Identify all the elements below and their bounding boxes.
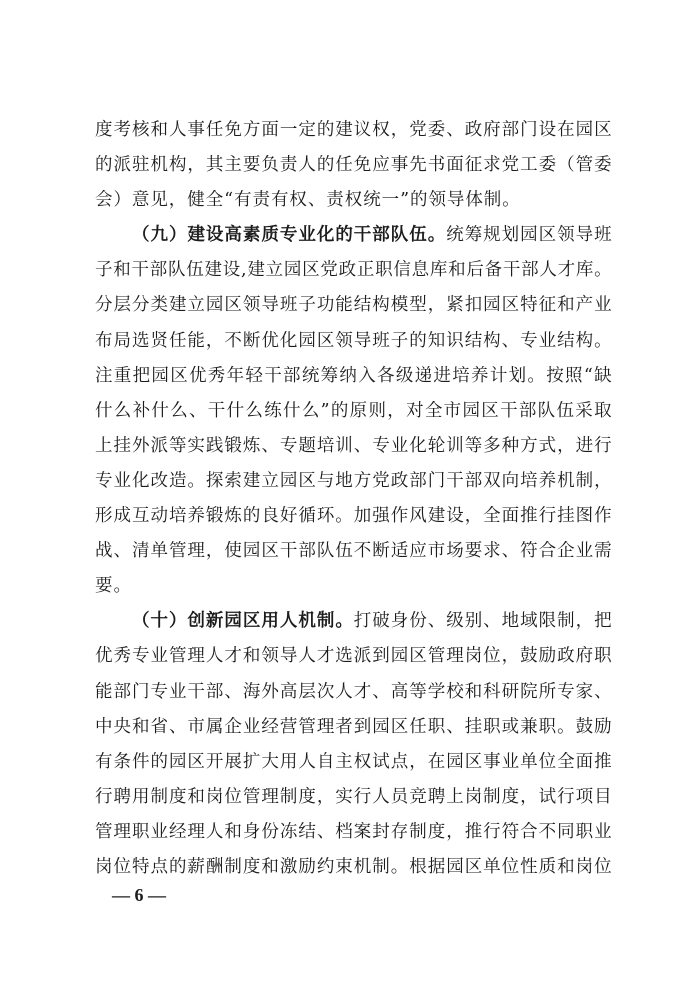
section-heading: （十）创新园区用人机制。: [132, 611, 354, 631]
text-line: 子和干部队伍建设,建立园区党政正职信息库和后备干部人才库。: [95, 253, 612, 288]
body-text: 度考核和人事任免方面一定的建议权，党委、政府部门设在园区 的派驻机构，其主要负责…: [95, 113, 612, 885]
text-line: 能部门专业干部、海外高层次人才、高等学校和科研院所专家、: [95, 675, 612, 710]
text-line: 注重把园区优秀年轻干部统筹纳入各级递进培养计划。按照“缺: [95, 359, 612, 394]
text-line: （九）建设高素质专业化的干部队伍。统筹规划园区领导班: [95, 218, 612, 253]
text-span: 统筹规划园区领导班: [446, 225, 612, 245]
text-line: 岗位特点的薪酬制度和激励约束机制。根据园区单位性质和岗位: [95, 850, 612, 885]
text-line: 的派驻机构，其主要负责人的任免应事先书面征求党工委（管委: [95, 148, 612, 183]
text-line: 分层分类建立园区领导班子功能结构模型，紧扣园区特征和产业: [95, 288, 612, 323]
text-line: 战、清单管理，使园区干部队伍不断适应市场要求、符合企业需: [95, 534, 612, 569]
text-line: 管理职业经理人和身份冻结、档案封存制度，推行符合不同职业: [95, 815, 612, 850]
paragraph-section-10: （十）创新园区用人机制。打破身份、级别、地域限制，把 优秀专业管理人才和领导人才…: [95, 604, 612, 885]
text-line: 要。: [95, 569, 612, 604]
text-line: 有条件的园区开展扩大用人自主权试点，在园区事业单位全面推: [95, 745, 612, 780]
text-line: 优秀专业管理人才和领导人才选派到园区管理岗位，鼓励政府职: [95, 639, 612, 674]
text-line: 专业化改造。探索建立园区与地方党政部门干部双向培养机制，: [95, 464, 612, 499]
text-line: 中央和省、市属企业经营管理者到园区任职、挂职或兼职。鼓励: [95, 710, 612, 745]
paragraph-continuation: 度考核和人事任免方面一定的建议权，党委、政府部门设在园区 的派驻机构，其主要负责…: [95, 113, 612, 218]
text-line: 形成互动培养锻炼的良好循环。加强作风建设，全面推行挂图作: [95, 499, 612, 534]
page-number: — 6 —: [112, 883, 166, 907]
document-page: 度考核和人事任免方面一定的建议权，党委、政府部门设在园区 的派驻机构，其主要负责…: [0, 0, 700, 990]
text-line: 度考核和人事任免方面一定的建议权，党委、政府部门设在园区: [95, 113, 612, 148]
section-heading: （九）建设高素质专业化的干部队伍。: [132, 225, 446, 245]
text-line: 上挂外派等实践锻炼、专题培训、专业化轮训等多种方式，进行: [95, 429, 612, 464]
text-line: （十）创新园区用人机制。打破身份、级别、地域限制，把: [95, 604, 612, 639]
text-line: 会）意见，健全“有责有权、责权统一”的领导体制。: [95, 183, 612, 218]
text-span: 打破身份、级别、地域限制，把: [354, 611, 612, 631]
text-line: 布局选贤任能，不断优化园区领导班子的知识结构、专业结构。: [95, 324, 612, 359]
paragraph-section-9: （九）建设高素质专业化的干部队伍。统筹规划园区领导班 子和干部队伍建设,建立园区…: [95, 218, 612, 604]
text-line: 什么补什么、干什么练什么”的原则，对全市园区干部队伍采取: [95, 394, 612, 429]
text-line: 行聘用制度和岗位管理制度，实行人员竞聘上岗制度，试行项目: [95, 780, 612, 815]
